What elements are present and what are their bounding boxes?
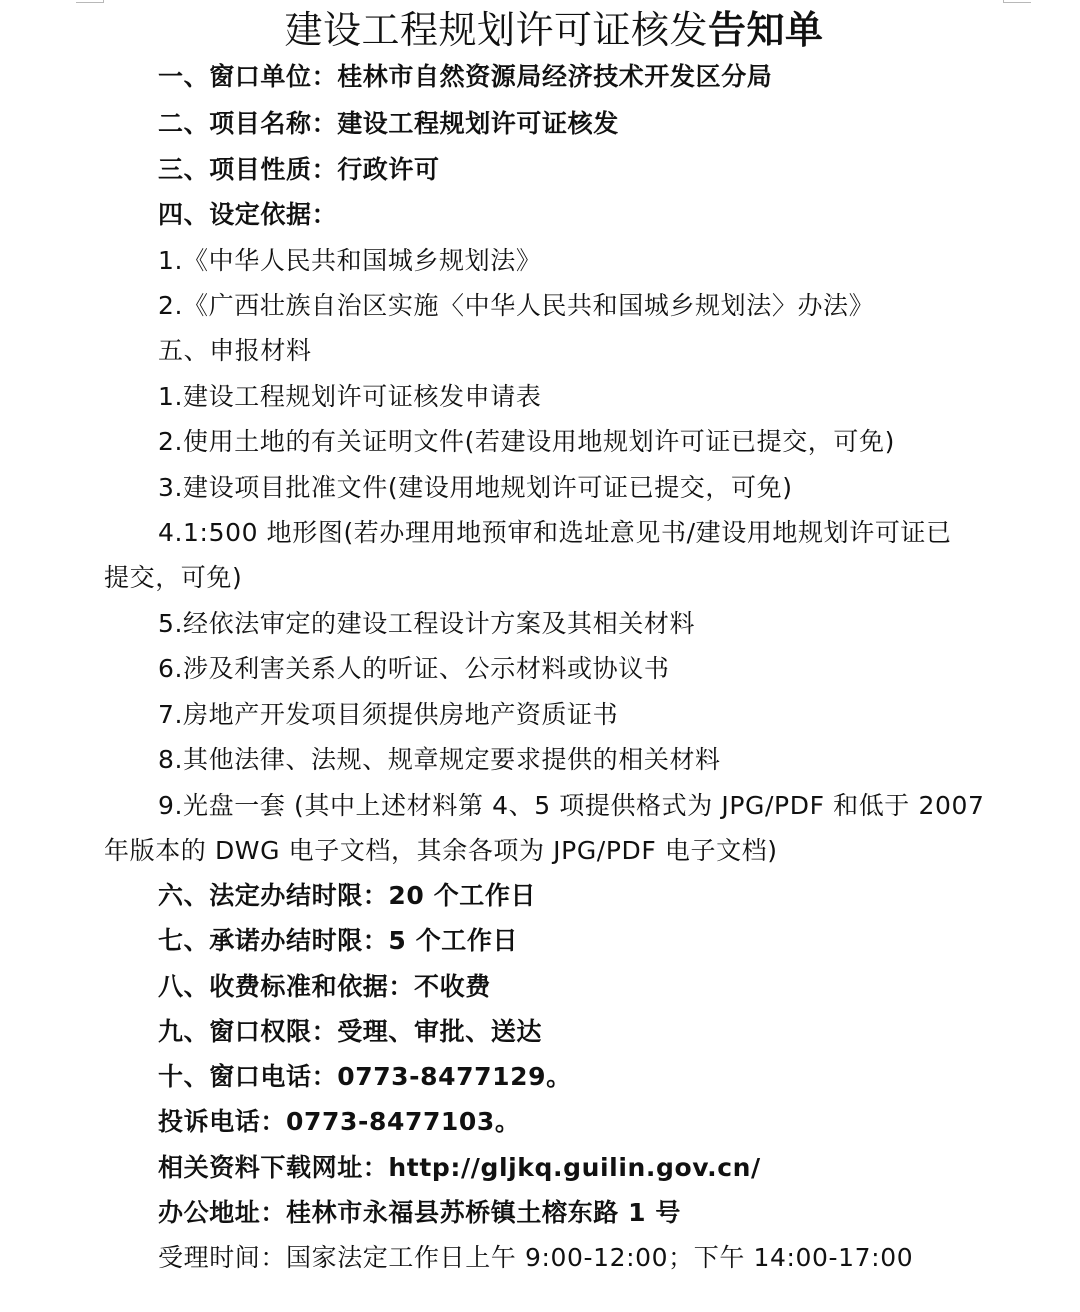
office-hours: 受理时间：国家法定工作日上午 9:00-12:00；下午 14:00-17:00 (158, 1241, 913, 1275)
page-corner-mark-left (76, 0, 104, 3)
material-item: 6.涉及利害关系人的听证、公示材料或协议书 (158, 652, 669, 686)
section-legal-time-limit: 六、法定办结时限：20 个工作日 (158, 879, 536, 913)
section-fee: 八、收费标准和依据：不收费 (158, 970, 491, 1004)
material-item: 8.其他法律、法规、规章规定要求提供的相关材料 (158, 743, 721, 777)
legal-basis-item: 1.《中华人民共和国城乡规划法》 (158, 244, 541, 278)
material-item-continuation: 提交，可免) (104, 561, 242, 595)
material-item: 4.1:500 地形图(若办理用地预审和选址意见书/建设用地规划许可证已 (158, 516, 952, 550)
section-legal-basis-heading: 四、设定依据： (158, 198, 337, 232)
title-regular: 建设工程规划许可证核发 (284, 8, 708, 52)
title-bold: 告知单 (708, 8, 824, 52)
material-item: 1.建设工程规划许可证核发申请表 (158, 380, 541, 414)
material-item: 5.经依法审定的建设工程设计方案及其相关材料 (158, 607, 695, 641)
section-promised-time-limit: 七、承诺办结时限：5 个工作日 (158, 924, 518, 958)
office-address: 办公地址：桂林市永福县苏桥镇土榕东路 1 号 (158, 1196, 681, 1230)
material-item-continuation: 年版本的 DWG 电子文档，其余各项为 JPG/PDF 电子文档) (104, 834, 778, 868)
page-corner-mark-right (1003, 0, 1031, 3)
material-item: 9.光盘一套 (其中上述材料第 4、5 项提供格式为 JPG/PDF 和低于 2… (158, 789, 984, 823)
section-window-unit: 一、窗口单位：桂林市自然资源局经济技术开发区分局 (158, 60, 772, 94)
legal-basis-item: 2.《广西壮族自治区实施〈中华人民共和国城乡规划法〉办法》 (158, 289, 874, 323)
material-item: 2.使用土地的有关证明文件(若建设用地规划许可证已提交，可免) (158, 425, 895, 459)
section-project-nature: 三、项目性质：行政许可 (158, 153, 440, 187)
section-project-name: 二、项目名称：建设工程规划许可证核发 (158, 107, 619, 141)
download-url: 相关资料下载网址：http://gljkq.guilin.gov.cn/ (158, 1151, 761, 1185)
material-item: 7.房地产开发项目须提供房地产资质证书 (158, 698, 618, 732)
section-window-authority: 九、窗口权限：受理、审批、送达 (158, 1015, 542, 1049)
complaint-phone: 投诉电话：0773-8477103。 (158, 1105, 521, 1139)
section-window-phone: 十、窗口电话：0773-8477129。 (158, 1060, 572, 1094)
section-materials-heading: 五、申报材料 (158, 334, 312, 368)
document-title: 建设工程规划许可证核发告知单 (0, 6, 1080, 54)
material-item: 3.建设项目批准文件(建设用地规划许可证已提交，可免) (158, 471, 793, 505)
